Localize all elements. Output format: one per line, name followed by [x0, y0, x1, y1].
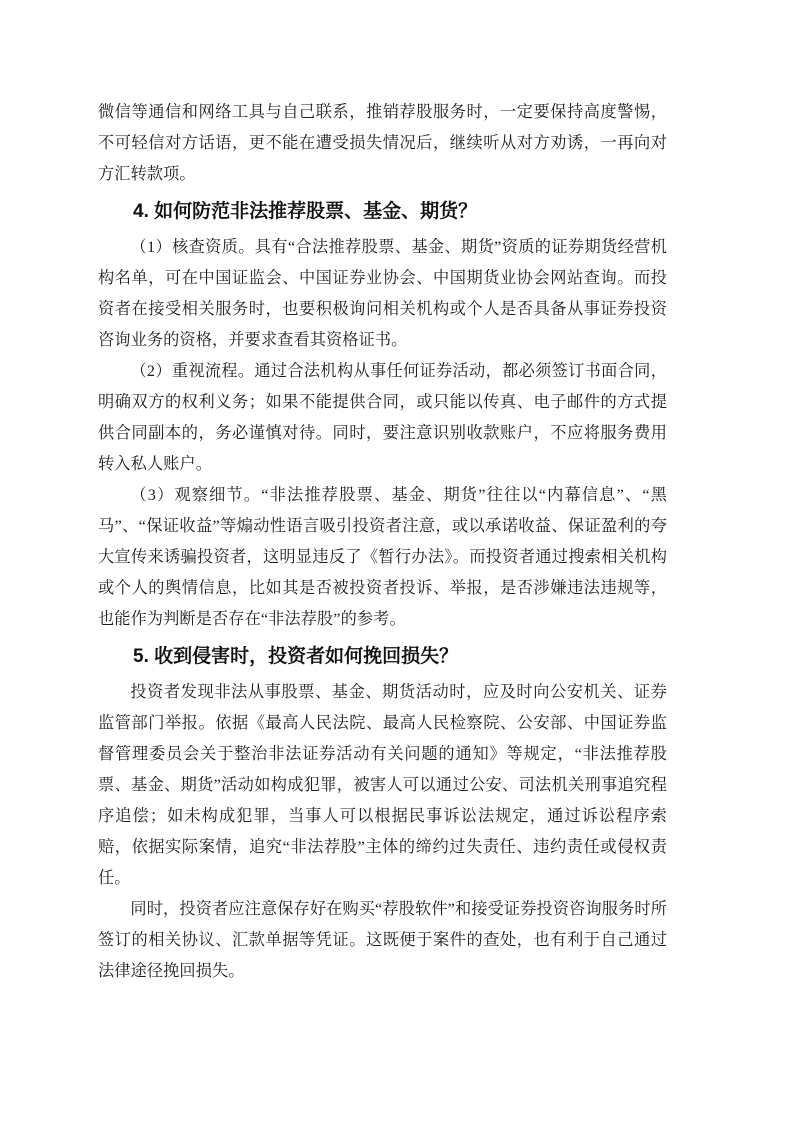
paragraph-report-and-recover: 投资者发现非法从事股票、基金、期货活动时，应及时向公安机关、证券监管部门举报。依… [98, 677, 667, 894]
continued-paragraph: 微信等通信和网络工具与自己联系，推销荐股服务时，一定要保持高度警惕，不可轻信对方… [98, 97, 667, 190]
paragraph-observe-details: （3）观察细节。“非法推荐股票、基金、期货”往往以“内幕信息”、“黑马”、“保证… [98, 480, 667, 635]
document-page: 微信等通信和网络工具与自己联系，推销荐股服务时，一定要保持高度警惕，不可轻信对方… [0, 0, 793, 1122]
paragraph-value-process: （2）重视流程。通过合法机构从事任何证券活动，都必须签订书面合同，明确双方的权利… [98, 356, 667, 480]
paragraph-check-qualifications: （1）核查资质。具有“合法推荐股票、基金、期货”资质的证券期货经营机构名单，可在… [98, 232, 667, 356]
section-heading-5: 5. 收到侵害时，投资者如何挽回损失？ [98, 639, 667, 675]
section-heading-4: 4. 如何防范非法推荐股票、基金、期货？ [98, 194, 667, 230]
paragraph-keep-evidence: 同时，投资者应注意保存好在购买“荐股软件”和接受证券投资咨询服务时所签订的相关协… [98, 894, 667, 987]
